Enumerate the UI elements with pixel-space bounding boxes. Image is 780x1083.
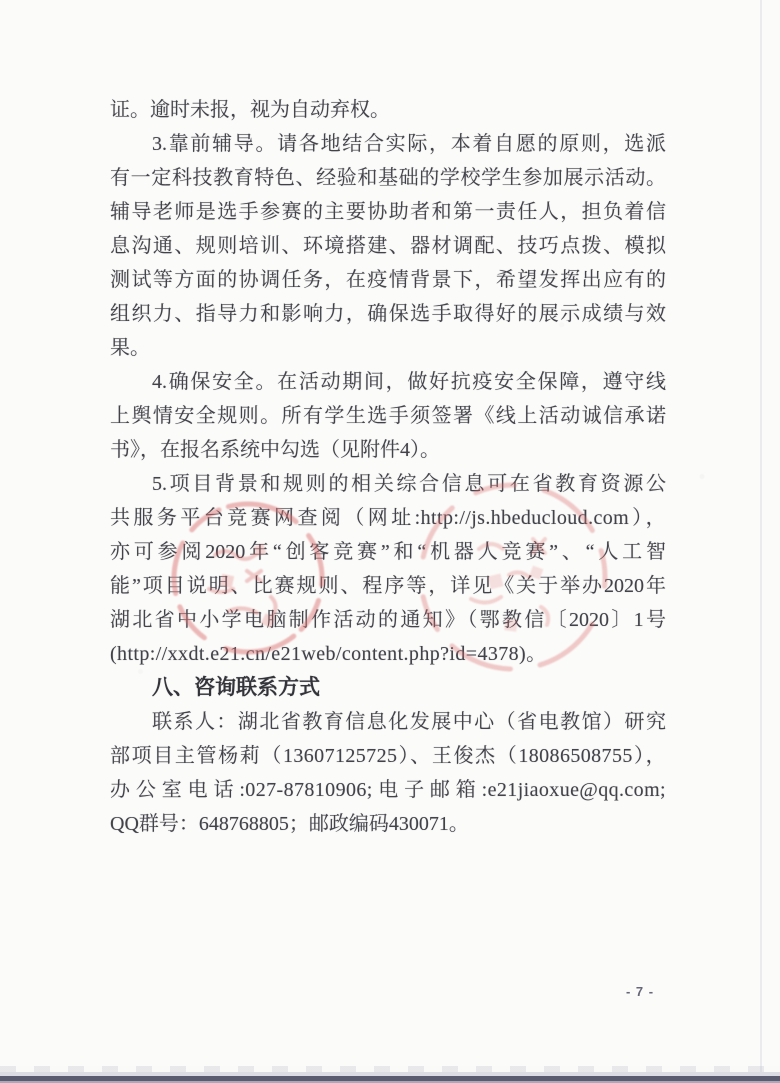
- text-line: 有一定科技教育特色、经验和基础的学校学生参加展示活动。: [110, 161, 666, 195]
- text-line: 能”项目说明、比赛规则、程序等，详见《关于举办2020年: [110, 569, 666, 603]
- text-line: 辅导老师是选手参赛的主要协助者和第一责任人，担负着信: [110, 195, 666, 229]
- text-line: 上舆情安全规则。所有学生选手须签署《线上活动诚信承诺: [110, 399, 666, 433]
- scanned-page: 证。逾时未报，视为自动弃权。 3.靠前辅导。请各地结合实际，本着自愿的原则，选派…: [0, 0, 780, 1083]
- text-line: QQ群号：648768805；邮政编码430071。: [110, 807, 666, 841]
- section-heading: 八、咨询联系方式: [110, 671, 666, 705]
- text-line: 果。: [110, 331, 666, 365]
- page-right-edge: [760, 0, 762, 1072]
- page-number: - 7 -: [612, 984, 668, 999]
- text-line: 共服务平台竞赛网查阅（网址:http://js.hbeducloud.com），: [110, 501, 666, 535]
- text-line: 书》，在报名系统中勾选（见附件4）。: [110, 433, 666, 467]
- text-line: 办公室电话:027-87810906;电子邮箱:e21jiaoxue@qq.co…: [110, 773, 666, 807]
- text-line: 证。逾时未报，视为自动弃权。: [110, 93, 666, 127]
- text-line: 息沟通、规则培训、环境搭建、器材调配、技巧点拨、模拟: [110, 229, 666, 263]
- text-line: 4.确保安全。在活动期间，做好抗疫安全保障，遵守线: [110, 365, 666, 399]
- text-line-url: (http://xxdt.e21.cn/e21web/content.php?i…: [110, 637, 666, 671]
- text-line: 5.项目背景和规则的相关综合信息可在省教育资源公: [110, 467, 666, 501]
- text-line: 湖北省中小学电脑制作活动的通知》（鄂教信〔2020〕1号: [110, 603, 666, 637]
- text-line: 联系人：湖北省教育信息化发展中心（省电教馆）研究: [110, 705, 666, 739]
- document-text: 证。逾时未报，视为自动弃权。 3.靠前辅导。请各地结合实际，本着自愿的原则，选派…: [110, 93, 666, 841]
- text-line: 组织力、指导力和影响力，确保选手取得好的展示成绩与效: [110, 297, 666, 331]
- text-line: 测试等方面的协调任务，在疫情背景下，希望发挥出应有的: [110, 263, 666, 297]
- text-line: 3.靠前辅导。请各地结合实际，本着自愿的原则，选派: [110, 127, 666, 161]
- text-line: 部项目主管杨莉（13607125725）、王俊杰（18086508755），: [110, 739, 666, 773]
- text-line: 亦可参阅2020年“创客竞赛”和“机器人竞赛”、“人工智: [110, 535, 666, 569]
